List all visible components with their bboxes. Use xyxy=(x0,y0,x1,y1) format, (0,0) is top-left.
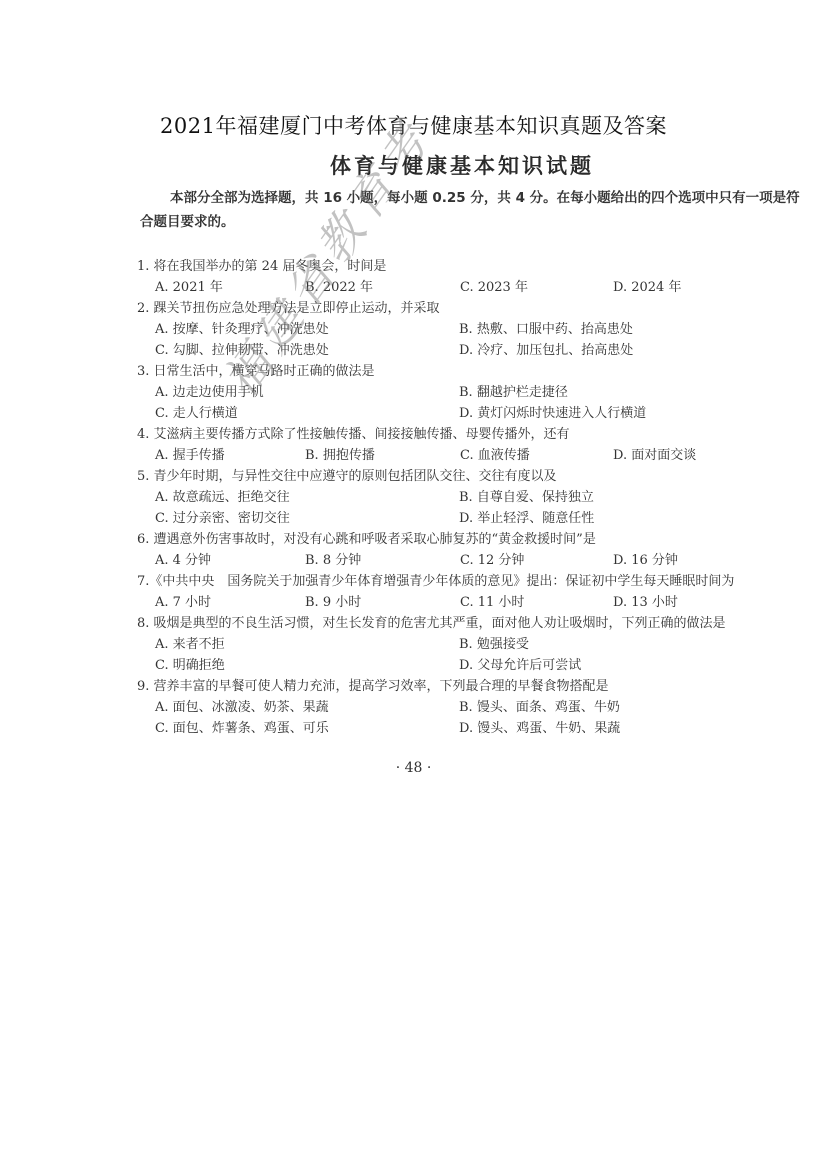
option-b: B. 8 分钟 xyxy=(305,550,361,571)
question-7: 7.《中共中央 国务院关于加强青少年体育增强青少年体质的意见》提出：保证初中学生… xyxy=(137,571,817,613)
question-stem: 1. 将在我国举办的第 24 届冬奥会，时间是 xyxy=(137,256,817,277)
option-c: C. 过分亲密、密切交往 xyxy=(155,508,290,529)
option-row: A. 按摩、针灸理疗、冲洗患处 B. 热敷、口服中药、抬高患处 xyxy=(137,319,817,340)
exam-instructions: 本部分全部为选择题，共 16 小题，每小题 0.25 分，共 4 分。在每小题给… xyxy=(140,186,810,234)
page-number: · 48 · xyxy=(0,760,827,776)
option-d: D. 面对面交谈 xyxy=(613,445,696,466)
option-a: A. 故意疏远、拒绝交往 xyxy=(155,487,290,508)
option-a: A. 4 分钟 xyxy=(155,550,211,571)
option-d: D. 16 分钟 xyxy=(613,550,678,571)
question-5: 5. 青少年时期，与异性交往中应遵守的原则包括团队交往、交往有度以及 A. 故意… xyxy=(137,466,817,529)
option-d: D. 冷疗、加压包扎、抬高患处 xyxy=(459,340,633,361)
option-b: B. 勉强接受 xyxy=(459,634,529,655)
question-stem: 6. 遭遇意外伤害事故时，对没有心跳和呼吸者采取心肺复苏的“黄金救援时间”是 xyxy=(137,529,817,550)
question-stem: 3. 日常生活中，横穿马路时正确的做法是 xyxy=(137,361,817,382)
option-b: B. 热敷、口服中药、抬高患处 xyxy=(459,319,633,340)
question-stem: 5. 青少年时期，与异性交往中应遵守的原则包括团队交往、交往有度以及 xyxy=(137,466,817,487)
option-a: A. 边走边使用手机 xyxy=(155,382,264,403)
option-row: A. 来者不拒 B. 勉强接受 xyxy=(137,634,817,655)
option-a: A. 握手传播 xyxy=(155,445,225,466)
option-b: B. 馒头、面条、鸡蛋、牛奶 xyxy=(459,697,620,718)
option-b: B. 2022 年 xyxy=(305,277,373,298)
exam-subtitle: 体育与健康基本知识试题 xyxy=(330,150,594,180)
option-a: A. 来者不拒 xyxy=(155,634,225,655)
question-2: 2. 踝关节扭伤应急处理方法是立即停止运动，并采取 A. 按摩、针灸理疗、冲洗患… xyxy=(137,298,817,361)
option-a: A. 2021 年 xyxy=(155,277,223,298)
option-c: C. 明确拒绝 xyxy=(155,655,225,676)
option-row: C. 面包、炸薯条、鸡蛋、可乐 D. 馒头、鸡蛋、牛奶、果蔬 xyxy=(137,718,817,739)
option-b: B. 自尊自爱、保持独立 xyxy=(459,487,594,508)
document-title: 2021年福建厦门中考体育与健康基本知识真题及答案 xyxy=(0,110,827,140)
option-d: D. 13 小时 xyxy=(613,592,678,613)
option-c: C. 勾脚、拉伸韧带、冲洗患处 xyxy=(155,340,329,361)
option-a: A. 按摩、针灸理疗、冲洗患处 xyxy=(155,319,329,340)
question-6: 6. 遭遇意外伤害事故时，对没有心跳和呼吸者采取心肺复苏的“黄金救援时间”是 A… xyxy=(137,529,817,571)
option-row: A. 4 分钟 B. 8 分钟 C. 12 分钟 D. 16 分钟 xyxy=(137,550,817,571)
option-d: D. 举止轻浮、随意任性 xyxy=(459,508,594,529)
option-b: B. 翻越护栏走捷径 xyxy=(459,382,568,403)
option-b: B. 拥抱传播 xyxy=(305,445,375,466)
option-d: D. 父母允许后可尝试 xyxy=(459,655,581,676)
option-c: C. 11 小时 xyxy=(460,592,524,613)
question-8: 8. 吸烟是典型的不良生活习惯，对生长发育的危害尤其严重，面对他人劝让吸烟时，下… xyxy=(137,613,817,676)
option-c: C. 2023 年 xyxy=(460,277,528,298)
question-stem: 2. 踝关节扭伤应急处理方法是立即停止运动，并采取 xyxy=(137,298,817,319)
document-page: 2021年福建厦门中考体育与健康基本知识真题及答案 体育与健康基本知识试题 本部… xyxy=(0,0,827,1170)
option-row: C. 勾脚、拉伸韧带、冲洗患处 D. 冷疗、加压包扎、抬高患处 xyxy=(137,340,817,361)
question-1: 1. 将在我国举办的第 24 届冬奥会，时间是 A. 2021 年 B. 202… xyxy=(137,256,817,298)
option-d: D. 馒头、鸡蛋、牛奶、果蔬 xyxy=(459,718,620,739)
question-stem: 4. 艾滋病主要传播方式除了性接触传播、间接接触传播、母婴传播外，还有 xyxy=(137,424,817,445)
option-c: C. 血液传播 xyxy=(460,445,530,466)
option-c: C. 走人行横道 xyxy=(155,403,238,424)
option-row: C. 走人行横道 D. 黄灯闪烁时快速进入人行横道 xyxy=(137,403,817,424)
question-stem: 9. 营养丰富的早餐可使人精力充沛，提高学习效率，下列最合理的早餐食物搭配是 xyxy=(137,676,817,697)
option-row: A. 边走边使用手机 B. 翻越护栏走捷径 xyxy=(137,382,817,403)
question-3: 3. 日常生活中，横穿马路时正确的做法是 A. 边走边使用手机 B. 翻越护栏走… xyxy=(137,361,817,424)
option-a: A. 面包、冰激凌、奶茶、果蔬 xyxy=(155,697,329,718)
option-row: A. 2021 年 B. 2022 年 C. 2023 年 D. 2024 年 xyxy=(137,277,817,298)
question-9: 9. 营养丰富的早餐可使人精力充沛，提高学习效率，下列最合理的早餐食物搭配是 A… xyxy=(137,676,817,739)
option-d: D. 2024 年 xyxy=(613,277,681,298)
option-row: A. 7 小时 B. 9 小时 C. 11 小时 D. 13 小时 xyxy=(137,592,817,613)
question-4: 4. 艾滋病主要传播方式除了性接触传播、间接接触传播、母婴传播外，还有 A. 握… xyxy=(137,424,817,466)
option-row: C. 过分亲密、密切交往 D. 举止轻浮、随意任性 xyxy=(137,508,817,529)
option-row: A. 握手传播 B. 拥抱传播 C. 血液传播 D. 面对面交谈 xyxy=(137,445,817,466)
option-row: C. 明确拒绝 D. 父母允许后可尝试 xyxy=(137,655,817,676)
option-a: A. 7 小时 xyxy=(155,592,211,613)
option-c: C. 面包、炸薯条、鸡蛋、可乐 xyxy=(155,718,329,739)
question-stem: 7.《中共中央 国务院关于加强青少年体育增强青少年体质的意见》提出：保证初中学生… xyxy=(137,571,817,592)
option-c: C. 12 分钟 xyxy=(460,550,524,571)
option-row: A. 面包、冰激凌、奶茶、果蔬 B. 馒头、面条、鸡蛋、牛奶 xyxy=(137,697,817,718)
option-row: A. 故意疏远、拒绝交往 B. 自尊自爱、保持独立 xyxy=(137,487,817,508)
option-d: D. 黄灯闪烁时快速进入人行横道 xyxy=(459,403,646,424)
question-stem: 8. 吸烟是典型的不良生活习惯，对生长发育的危害尤其严重，面对他人劝让吸烟时，下… xyxy=(137,613,817,634)
option-b: B. 9 小时 xyxy=(305,592,361,613)
question-list: 1. 将在我国举办的第 24 届冬奥会，时间是 A. 2021 年 B. 202… xyxy=(137,256,817,739)
